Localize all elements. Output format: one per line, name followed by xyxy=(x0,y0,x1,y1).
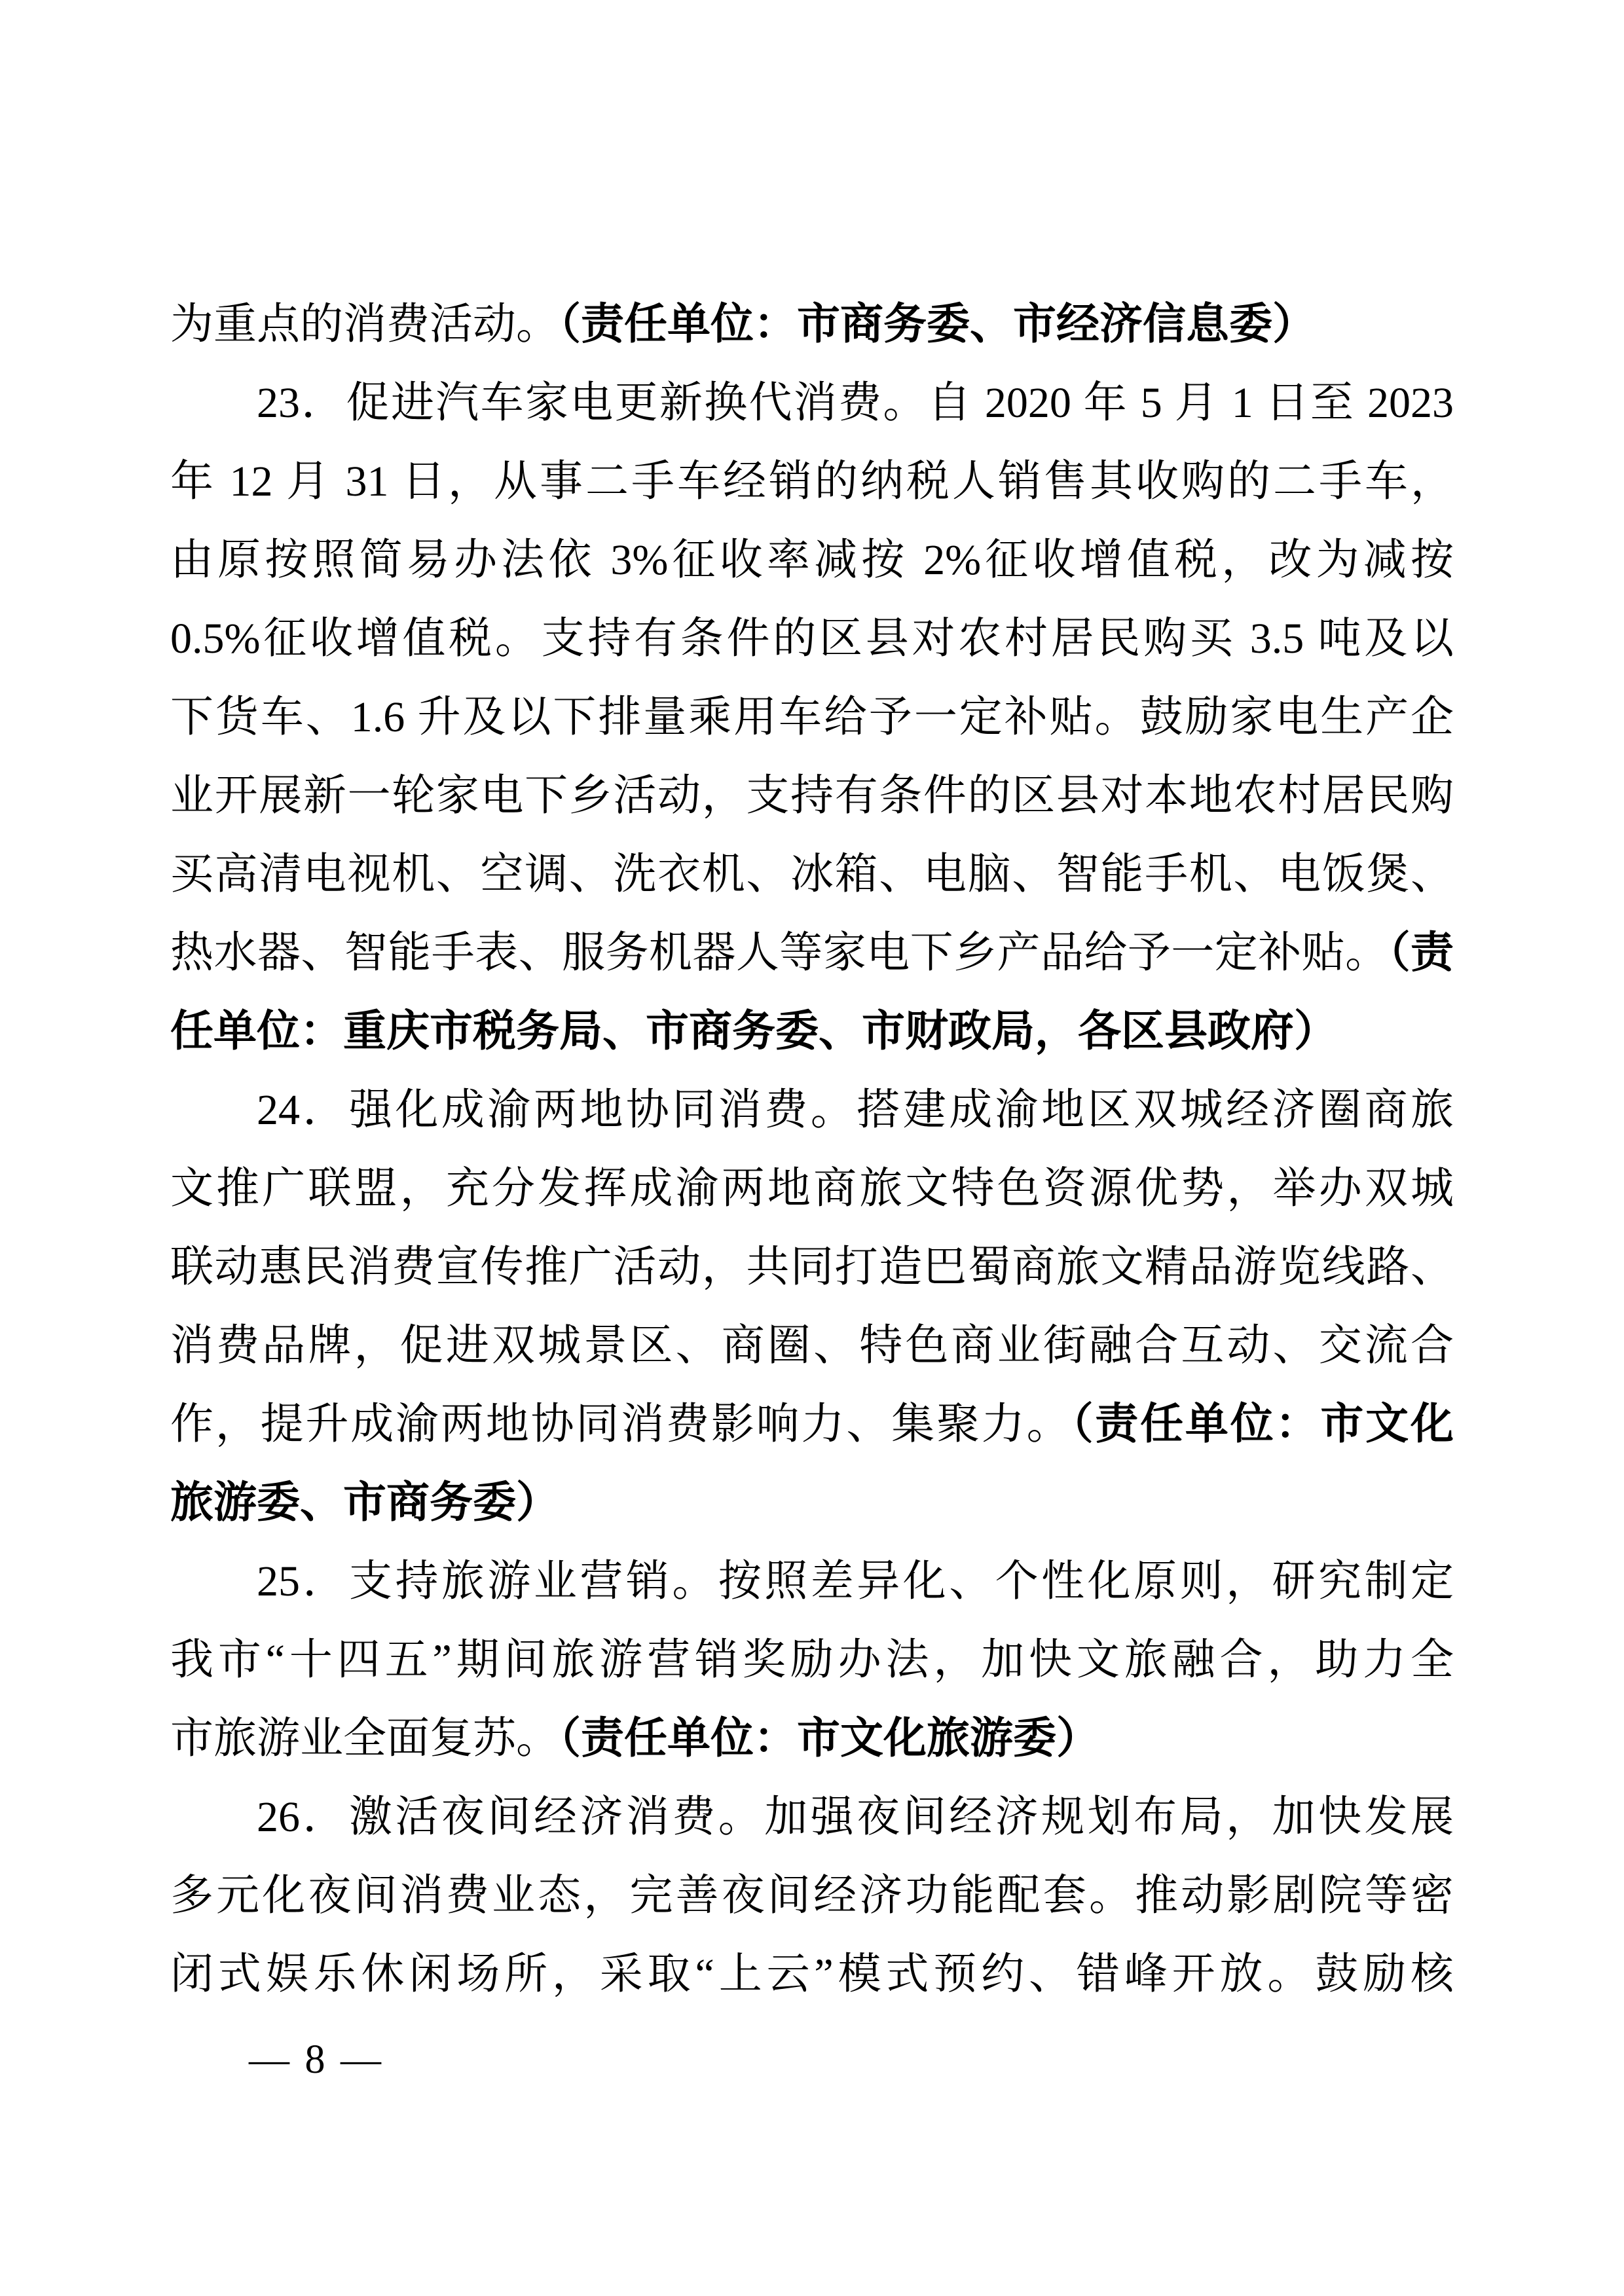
text-segment: 联动惠民消费宣传推广活动，共同打造巴蜀商旅文精品游览线路、 xyxy=(170,1243,1454,1291)
text-line: 任单位：重庆市税务局、市商务委、市财政局，各区县政府） xyxy=(170,993,1454,1071)
text-segment: （责任单位：市文化旅游委） xyxy=(559,1715,1099,1762)
text-segment: 多元化夜间消费业态，完善夜间经济功能配套。推动影剧院等密 xyxy=(170,1872,1454,1920)
text-line: 为重点的消费活动。（责任单位：市商务委、市经济信息委） xyxy=(170,285,1454,364)
text-line: 我市“十四五”期间旅游营销奖励办法，加快文旅融合，助力全 xyxy=(170,1621,1454,1700)
page-number: — 8 — xyxy=(249,2033,384,2086)
text-line: 消费品牌，促进双城景区、商圈、特色商业街融合互动、交流合 xyxy=(170,1307,1454,1385)
document-body: 为重点的消费活动。（责任单位：市商务委、市经济信息委）23．促进汽车家电更新换代… xyxy=(170,0,1454,2014)
text-segment: 作，提升成渝两地协同消费影响力、集聚力。 xyxy=(170,1400,1071,1448)
text-segment: 热水器、智能手表、服务机器人等家电下乡产品给予一定补贴。 xyxy=(170,929,1389,977)
text-line: 文推广联盟，充分发挥成渝两地商旅文特色资源优势，举办双城 xyxy=(170,1150,1454,1228)
text-line: 买高清电视机、空调、洗衣机、冰箱、电脑、智能手机、电饭煲、 xyxy=(170,835,1454,914)
text-segment: 买高清电视机、空调、洗衣机、冰箱、电脑、智能手机、电饭煲、 xyxy=(170,850,1454,898)
text-line: 旅游委、市商务委） xyxy=(170,1464,1454,1542)
text-segment: 25．支持旅游业营销。按照差异化、个性化原则，研究制定 xyxy=(257,1558,1454,1605)
text-line: 下货车、1.6 升及以下排量乘用车给予一定补贴。鼓励家电生产企 xyxy=(170,678,1454,757)
text-segment: 业开展新一轮家电下乡活动，支持有条件的区县对本地农村居民购 xyxy=(170,772,1454,820)
text-line: 业开展新一轮家电下乡活动，支持有条件的区县对本地农村居民购 xyxy=(170,757,1454,835)
text-line: 26．激活夜间经济消费。加强夜间经济规划布局，加快发展 xyxy=(170,1778,1454,1857)
text-segment: 24．强化成渝两地协同消费。搭建成渝地区双城经济圈商旅 xyxy=(257,1086,1454,1134)
text-line: 联动惠民消费宣传推广活动，共同打造巴蜀商旅文精品游览线路、 xyxy=(170,1228,1454,1307)
text-segment: 文推广联盟，充分发挥成渝两地商旅文特色资源优势，举办双城 xyxy=(170,1165,1454,1212)
text-segment: 由原按照简易办法依 3%征收率减按 2%征收增值税，改为减按 xyxy=(170,536,1454,584)
text-segment: 旅游委、市商务委） xyxy=(170,1479,559,1527)
text-line: 闭式娱乐休闲场所，采取“上云”模式预约、错峰开放。鼓励核 xyxy=(170,1935,1454,2014)
text-line: 由原按照简易办法依 3%征收率减按 2%征收增值税，改为减按 xyxy=(170,521,1454,600)
text-segment: 任单位：重庆市税务局、市商务委、市财政局，各区县政府） xyxy=(170,1008,1337,1055)
text-segment: （责 xyxy=(1389,929,1454,977)
text-segment: 为重点的消费活动。 xyxy=(170,301,559,348)
text-segment: 26．激活夜间经济消费。加强夜间经济规划布局，加快发展 xyxy=(257,1793,1454,1841)
text-segment: 我市“十四五”期间旅游营销奖励办法，加快文旅融合，助力全 xyxy=(170,1636,1454,1684)
text-line: 多元化夜间消费业态，完善夜间经济功能配套。推动影剧院等密 xyxy=(170,1857,1454,1935)
text-segment: 闭式娱乐休闲场所，采取“上云”模式预约、错峰开放。鼓励核 xyxy=(170,1950,1454,1998)
text-segment: 0.5%征收增值税。支持有条件的区县对农村居民购买 3.5 吨及以 xyxy=(170,615,1454,663)
text-line: 作，提升成渝两地协同消费影响力、集聚力。（责任单位：市文化 xyxy=(170,1385,1454,1464)
text-segment: 年 12 月 31 日，从事二手车经销的纳税人销售其收购的二手车， xyxy=(170,458,1454,505)
text-segment: 消费品牌，促进双城景区、商圈、特色商业街融合互动、交流合 xyxy=(170,1322,1454,1370)
text-segment: 下货车、1.6 升及以下排量乘用车给予一定补贴。鼓励家电生产企 xyxy=(170,693,1454,741)
text-segment: 23．促进汽车家电更新换代消费。自 2020 年 5 月 1 日至 2023 xyxy=(257,379,1454,427)
text-segment: （责任单位：市商务委、市经济信息委） xyxy=(559,301,1316,348)
text-line: 25．支持旅游业营销。按照差异化、个性化原则，研究制定 xyxy=(170,1542,1454,1621)
document-page: 为重点的消费活动。（责任单位：市商务委、市经济信息委）23．促进汽车家电更新换代… xyxy=(0,0,1624,2296)
text-line: 市旅游业全面复苏。（责任单位：市文化旅游委） xyxy=(170,1700,1454,1778)
text-line: 23．促进汽车家电更新换代消费。自 2020 年 5 月 1 日至 2023 xyxy=(170,364,1454,443)
text-segment: 市旅游业全面复苏。 xyxy=(170,1715,559,1762)
text-line: 年 12 月 31 日，从事二手车经销的纳税人销售其收购的二手车， xyxy=(170,443,1454,521)
text-segment: （责任单位：市文化 xyxy=(1071,1400,1454,1448)
text-line: 热水器、智能手表、服务机器人等家电下乡产品给予一定补贴。（责 xyxy=(170,914,1454,993)
text-line: 24．强化成渝两地协同消费。搭建成渝地区双城经济圈商旅 xyxy=(170,1071,1454,1150)
text-line: 0.5%征收增值税。支持有条件的区县对农村居民购买 3.5 吨及以 xyxy=(170,600,1454,678)
